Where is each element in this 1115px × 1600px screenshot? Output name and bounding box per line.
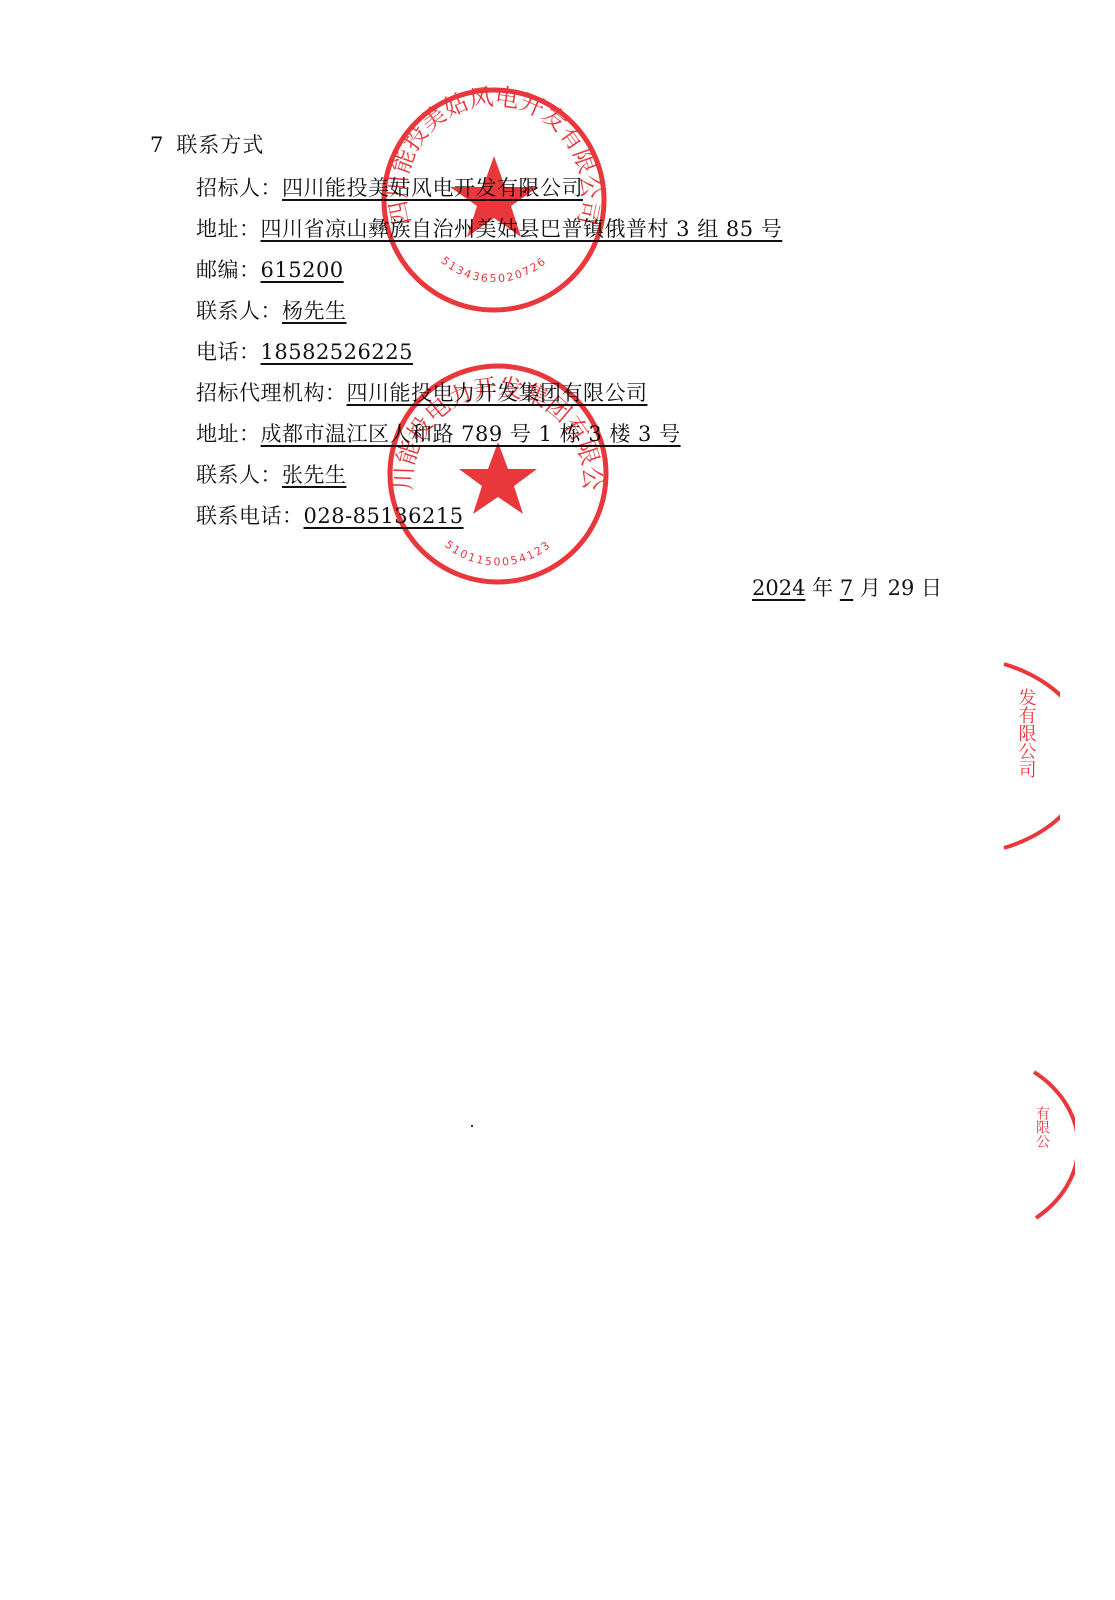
date-day-unit: 日 [921,576,942,600]
date-day: 29 [888,576,915,600]
date-year: 2024 [752,576,805,600]
tenderer-phone-value: 18582526225 [261,340,413,364]
signature-date: 2024 年 7 月 29 日 [752,573,942,603]
tenderer-address-line: 地址：四川省凉山彝族自治州美姑县巴普镇俄普村 3 组 85 号 [196,214,782,244]
agency-value: 四川能投电力开发集团有限公司 [347,381,648,405]
tenderer-address-value: 四川省凉山彝族自治州美姑县巴普镇俄普村 3 组 85 号 [261,217,783,241]
date-year-unit: 年 [812,576,833,600]
agency-phone-value: 028-85136215 [304,504,464,528]
tenderer-contact-value: 杨先生 [282,299,347,323]
agency-address-label: 地址： [196,422,261,446]
agency-seal-code: 5101150054123 [442,538,553,569]
star-icon [459,442,537,514]
tenderer-label: 招标人： [196,176,282,200]
agency-phone-label: 联系电话： [196,504,304,528]
tenderer-seal-name: 四川能投美姑风电开发有限公司 [383,84,604,227]
section-number: 7 [150,133,164,157]
date-month: 7 [840,576,853,600]
svg-text:四川能投美姑风电开发有限公司: 四川能投美姑风电开发有限公司 [383,84,604,227]
document-page: 7联系方式 招标人：四川能投美姑风电开发有限公司 地址：四川省凉山彝族自治州美姑… [0,0,1115,1600]
agency-address-value: 成都市温江区人和路 789 号 1 栋 3 楼 3 号 [261,422,681,446]
section-title: 联系方式 [176,133,264,157]
tenderer-contact-line: 联系人：杨先生 [196,296,347,326]
tenderer-phone-label: 电话： [196,340,261,364]
edge-seal-2-text: 有限公 [1034,1106,1050,1149]
agency-contact-line: 联系人：张先生 [196,460,347,490]
edge-seal-fragment-2: 有限公 [1030,1068,1075,1223]
edge-seal-1-text: 发有限公司 [1016,688,1037,778]
tenderer-seal-code: 5134365020726 [439,254,550,285]
postcode-line: 邮编：615200 [196,255,344,285]
tenderer-phone-line: 电话：18582526225 [196,337,413,367]
tenderer-address-label: 地址： [196,217,261,241]
agency-address-line: 地址：成都市温江区人和路 789 号 1 栋 3 楼 3 号 [196,419,681,449]
tenderer-contact-label: 联系人： [196,299,282,323]
agency-phone-line: 联系电话：028-85136215 [196,501,464,531]
agency-line: 招标代理机构：四川能投电力开发集团有限公司 [196,378,648,408]
postcode-label: 邮编： [196,258,261,282]
agency-contact-label: 联系人： [196,463,282,487]
scan-speck [471,1125,473,1127]
edge-seal-fragment-1: 发有限公司 [1000,660,1060,852]
date-month-unit: 月 [860,576,881,600]
tenderer-value: 四川能投美姑风电开发有限公司 [282,176,583,200]
agency-label: 招标代理机构： [196,381,347,405]
svg-text:5101150054123: 5101150054123 [442,538,553,569]
section-heading: 7联系方式 [150,130,264,160]
agency-contact-value: 张先生 [282,463,347,487]
postcode-value: 615200 [261,258,344,282]
tenderer-line: 招标人：四川能投美姑风电开发有限公司 [196,173,583,203]
svg-text:5134365020726: 5134365020726 [439,254,550,285]
